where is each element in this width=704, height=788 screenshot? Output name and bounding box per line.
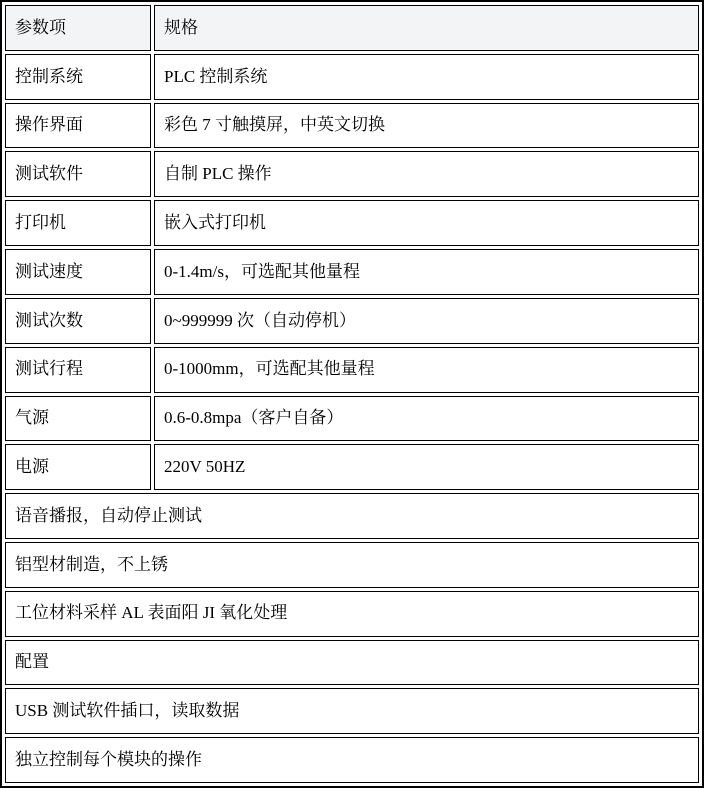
spec-cell: 0~999999 次（自动停机） bbox=[154, 298, 699, 344]
spec-cell: 自制 PLC 操作 bbox=[154, 151, 699, 197]
header-cell-param: 参数项 bbox=[5, 5, 151, 51]
param-cell: 气源 bbox=[5, 396, 151, 442]
full-row-cell: 铝型材制造，不上锈 bbox=[5, 542, 699, 588]
param-cell: 操作界面 bbox=[5, 103, 151, 149]
full-width-row: USB 测试软件插口，读取数据 bbox=[5, 688, 699, 734]
spec-cell: 嵌入式打印机 bbox=[154, 200, 699, 246]
spec-table: 参数项 规格 控制系统 PLC 控制系统 操作界面 彩色 7 寸触摸屏，中英文切… bbox=[0, 0, 704, 788]
table-row: 打印机 嵌入式打印机 bbox=[5, 200, 699, 246]
table-row: 气源 0.6-0.8mpa（客户自备） bbox=[5, 396, 699, 442]
param-cell: 测试软件 bbox=[5, 151, 151, 197]
full-row-cell: 配置 bbox=[5, 640, 699, 686]
table-row: 操作界面 彩色 7 寸触摸屏，中英文切换 bbox=[5, 103, 699, 149]
spec-cell: 0-1000mm，可选配其他量程 bbox=[154, 347, 699, 393]
full-row-cell: 语音播报，自动停止测试 bbox=[5, 493, 699, 539]
param-cell: 打印机 bbox=[5, 200, 151, 246]
header-cell-spec: 规格 bbox=[154, 5, 699, 51]
table-row: 控制系统 PLC 控制系统 bbox=[5, 54, 699, 100]
table-row: 测试次数 0~999999 次（自动停机） bbox=[5, 298, 699, 344]
table-row: 电源 220V 50HZ bbox=[5, 444, 699, 490]
table-row: 测试软件 自制 PLC 操作 bbox=[5, 151, 699, 197]
full-row-cell: 独立控制每个模块的操作 bbox=[5, 737, 699, 783]
full-width-row: 语音播报，自动停止测试 bbox=[5, 493, 699, 539]
param-cell: 控制系统 bbox=[5, 54, 151, 100]
full-width-row: 工位材料采样 AL 表面阳 JI 氧化处理 bbox=[5, 591, 699, 637]
param-cell: 测试速度 bbox=[5, 249, 151, 295]
full-width-row: 独立控制每个模块的操作 bbox=[5, 737, 699, 783]
full-width-row: 配置 bbox=[5, 640, 699, 686]
full-row-cell: USB 测试软件插口，读取数据 bbox=[5, 688, 699, 734]
spec-cell: PLC 控制系统 bbox=[154, 54, 699, 100]
spec-cell: 0.6-0.8mpa（客户自备） bbox=[154, 396, 699, 442]
param-cell: 电源 bbox=[5, 444, 151, 490]
full-width-row: 铝型材制造，不上锈 bbox=[5, 542, 699, 588]
spec-cell: 彩色 7 寸触摸屏，中英文切换 bbox=[154, 103, 699, 149]
spec-cell: 220V 50HZ bbox=[154, 444, 699, 490]
param-cell: 测试行程 bbox=[5, 347, 151, 393]
table-row: 测试速度 0-1.4m/s，可选配其他量程 bbox=[5, 249, 699, 295]
table-header-row: 参数项 规格 bbox=[5, 5, 699, 51]
full-row-cell: 工位材料采样 AL 表面阳 JI 氧化处理 bbox=[5, 591, 699, 637]
param-cell: 测试次数 bbox=[5, 298, 151, 344]
spec-cell: 0-1.4m/s，可选配其他量程 bbox=[154, 249, 699, 295]
table-row: 测试行程 0-1000mm，可选配其他量程 bbox=[5, 347, 699, 393]
